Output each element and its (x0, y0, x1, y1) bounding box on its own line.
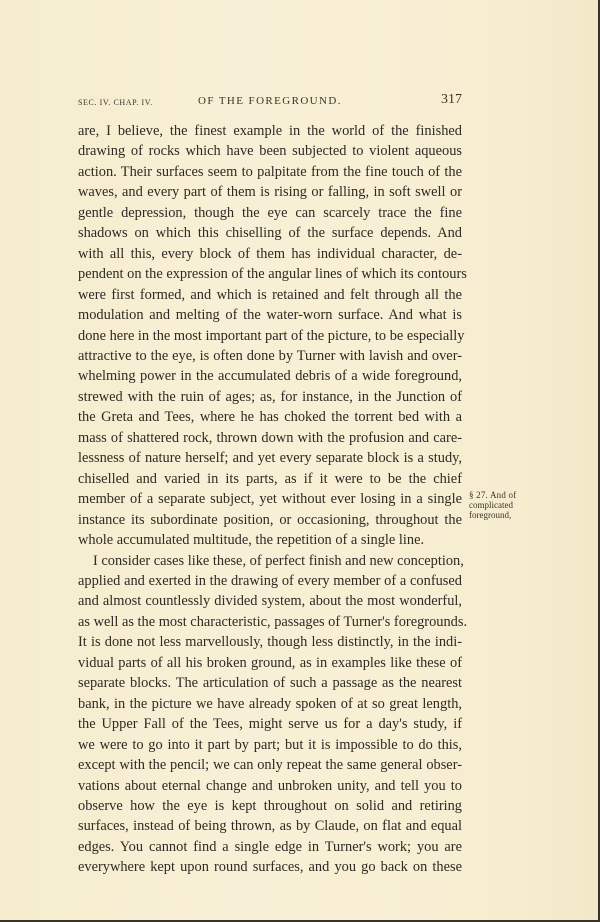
paragraph-2: I consider cases like these, of perfect … (78, 551, 462, 878)
sidenote-line: § 27. And of (469, 490, 549, 500)
section-chapter-label: SEC. IV. CHAP. IV. (78, 98, 153, 107)
text-line: shadows on which this chiselling of the … (78, 223, 462, 243)
text-line: mass of shattered rock, thrown down with… (78, 428, 462, 448)
text-line: surfaces, instead of being thrown, as by… (78, 816, 462, 836)
text-line: vations about eternal change and unbroke… (78, 776, 462, 796)
text-line: whole accumulated multitude, the repetit… (78, 530, 462, 550)
text-line: done here in the most important part of … (78, 326, 462, 346)
text-line: I consider cases like these, of perfect … (78, 551, 462, 571)
sidenote-line: complicated (469, 500, 549, 510)
text-line: modulation and melting of the water-worn… (78, 305, 462, 325)
text-line: pendent on the expression of the angular… (78, 264, 462, 284)
text-line: edges. You cannot find a single edge in … (78, 837, 462, 857)
text-line: drawing of rocks which have been subject… (78, 141, 462, 161)
text-line: we were to go into it part by part; but … (78, 735, 462, 755)
text-line: applied and exerted in the drawing of ev… (78, 571, 462, 591)
sidenote-line: foreground, (469, 510, 549, 520)
text-line: strewed with the ruin of ages; as, for i… (78, 387, 462, 407)
text-line: and almost countlessly divided system, a… (78, 591, 462, 611)
text-line: were first formed, and which is retained… (78, 285, 462, 305)
text-line: instance its subordinate position, or oc… (78, 510, 462, 530)
text-line: separate blocks. The articulation of suc… (78, 673, 462, 693)
text-line: It is done not less marvellously, though… (78, 632, 462, 652)
text-line: gentle depression, though the eye can sc… (78, 203, 462, 223)
body-text: are, I believe, the finest example in th… (78, 121, 462, 878)
text-line: the Upper Fall of the Tees, might serve … (78, 714, 462, 734)
text-line: whelming power in the accumulated debris… (78, 366, 462, 386)
paragraph-1: are, I believe, the finest example in th… (78, 121, 462, 551)
text-line: bank, in the picture we have already spo… (78, 694, 462, 714)
text-line: action. Their surfaces seem to palpitate… (78, 162, 462, 182)
running-head: SEC. IV. CHAP. IV. OF THE FOREGROUND. 31… (78, 92, 462, 112)
text-line: observe how the eye is kept throughout o… (78, 796, 462, 816)
text-line: member of a separate subject, yet withou… (78, 489, 462, 509)
book-page: SEC. IV. CHAP. IV. OF THE FOREGROUND. 31… (0, 0, 600, 922)
text-line: chiselled and varied in its parts, as if… (78, 469, 462, 489)
text-line: attractive to the eye, is often done by … (78, 346, 462, 366)
text-line: the Greta and Tees, where he has choked … (78, 407, 462, 427)
text-line: except with the pencil; we can only repe… (78, 755, 462, 775)
text-line: vidual parts of all his broken ground, a… (78, 653, 462, 673)
text-line: with all this, every block of them has i… (78, 244, 462, 264)
text-line: everywhere kept upon round surfaces, and… (78, 857, 462, 877)
text-line: waves, and every part of them is rising … (78, 182, 462, 202)
page-number: 317 (441, 92, 462, 108)
text-line: are, I believe, the finest example in th… (78, 121, 462, 141)
text-line: as well as the most characteristic, pass… (78, 612, 462, 632)
text-line: lessness of nature herself; and yet ever… (78, 448, 462, 468)
margin-sidenote: § 27. And of complicated foreground, (469, 490, 549, 520)
chapter-title: OF THE FOREGROUND. (198, 95, 342, 107)
